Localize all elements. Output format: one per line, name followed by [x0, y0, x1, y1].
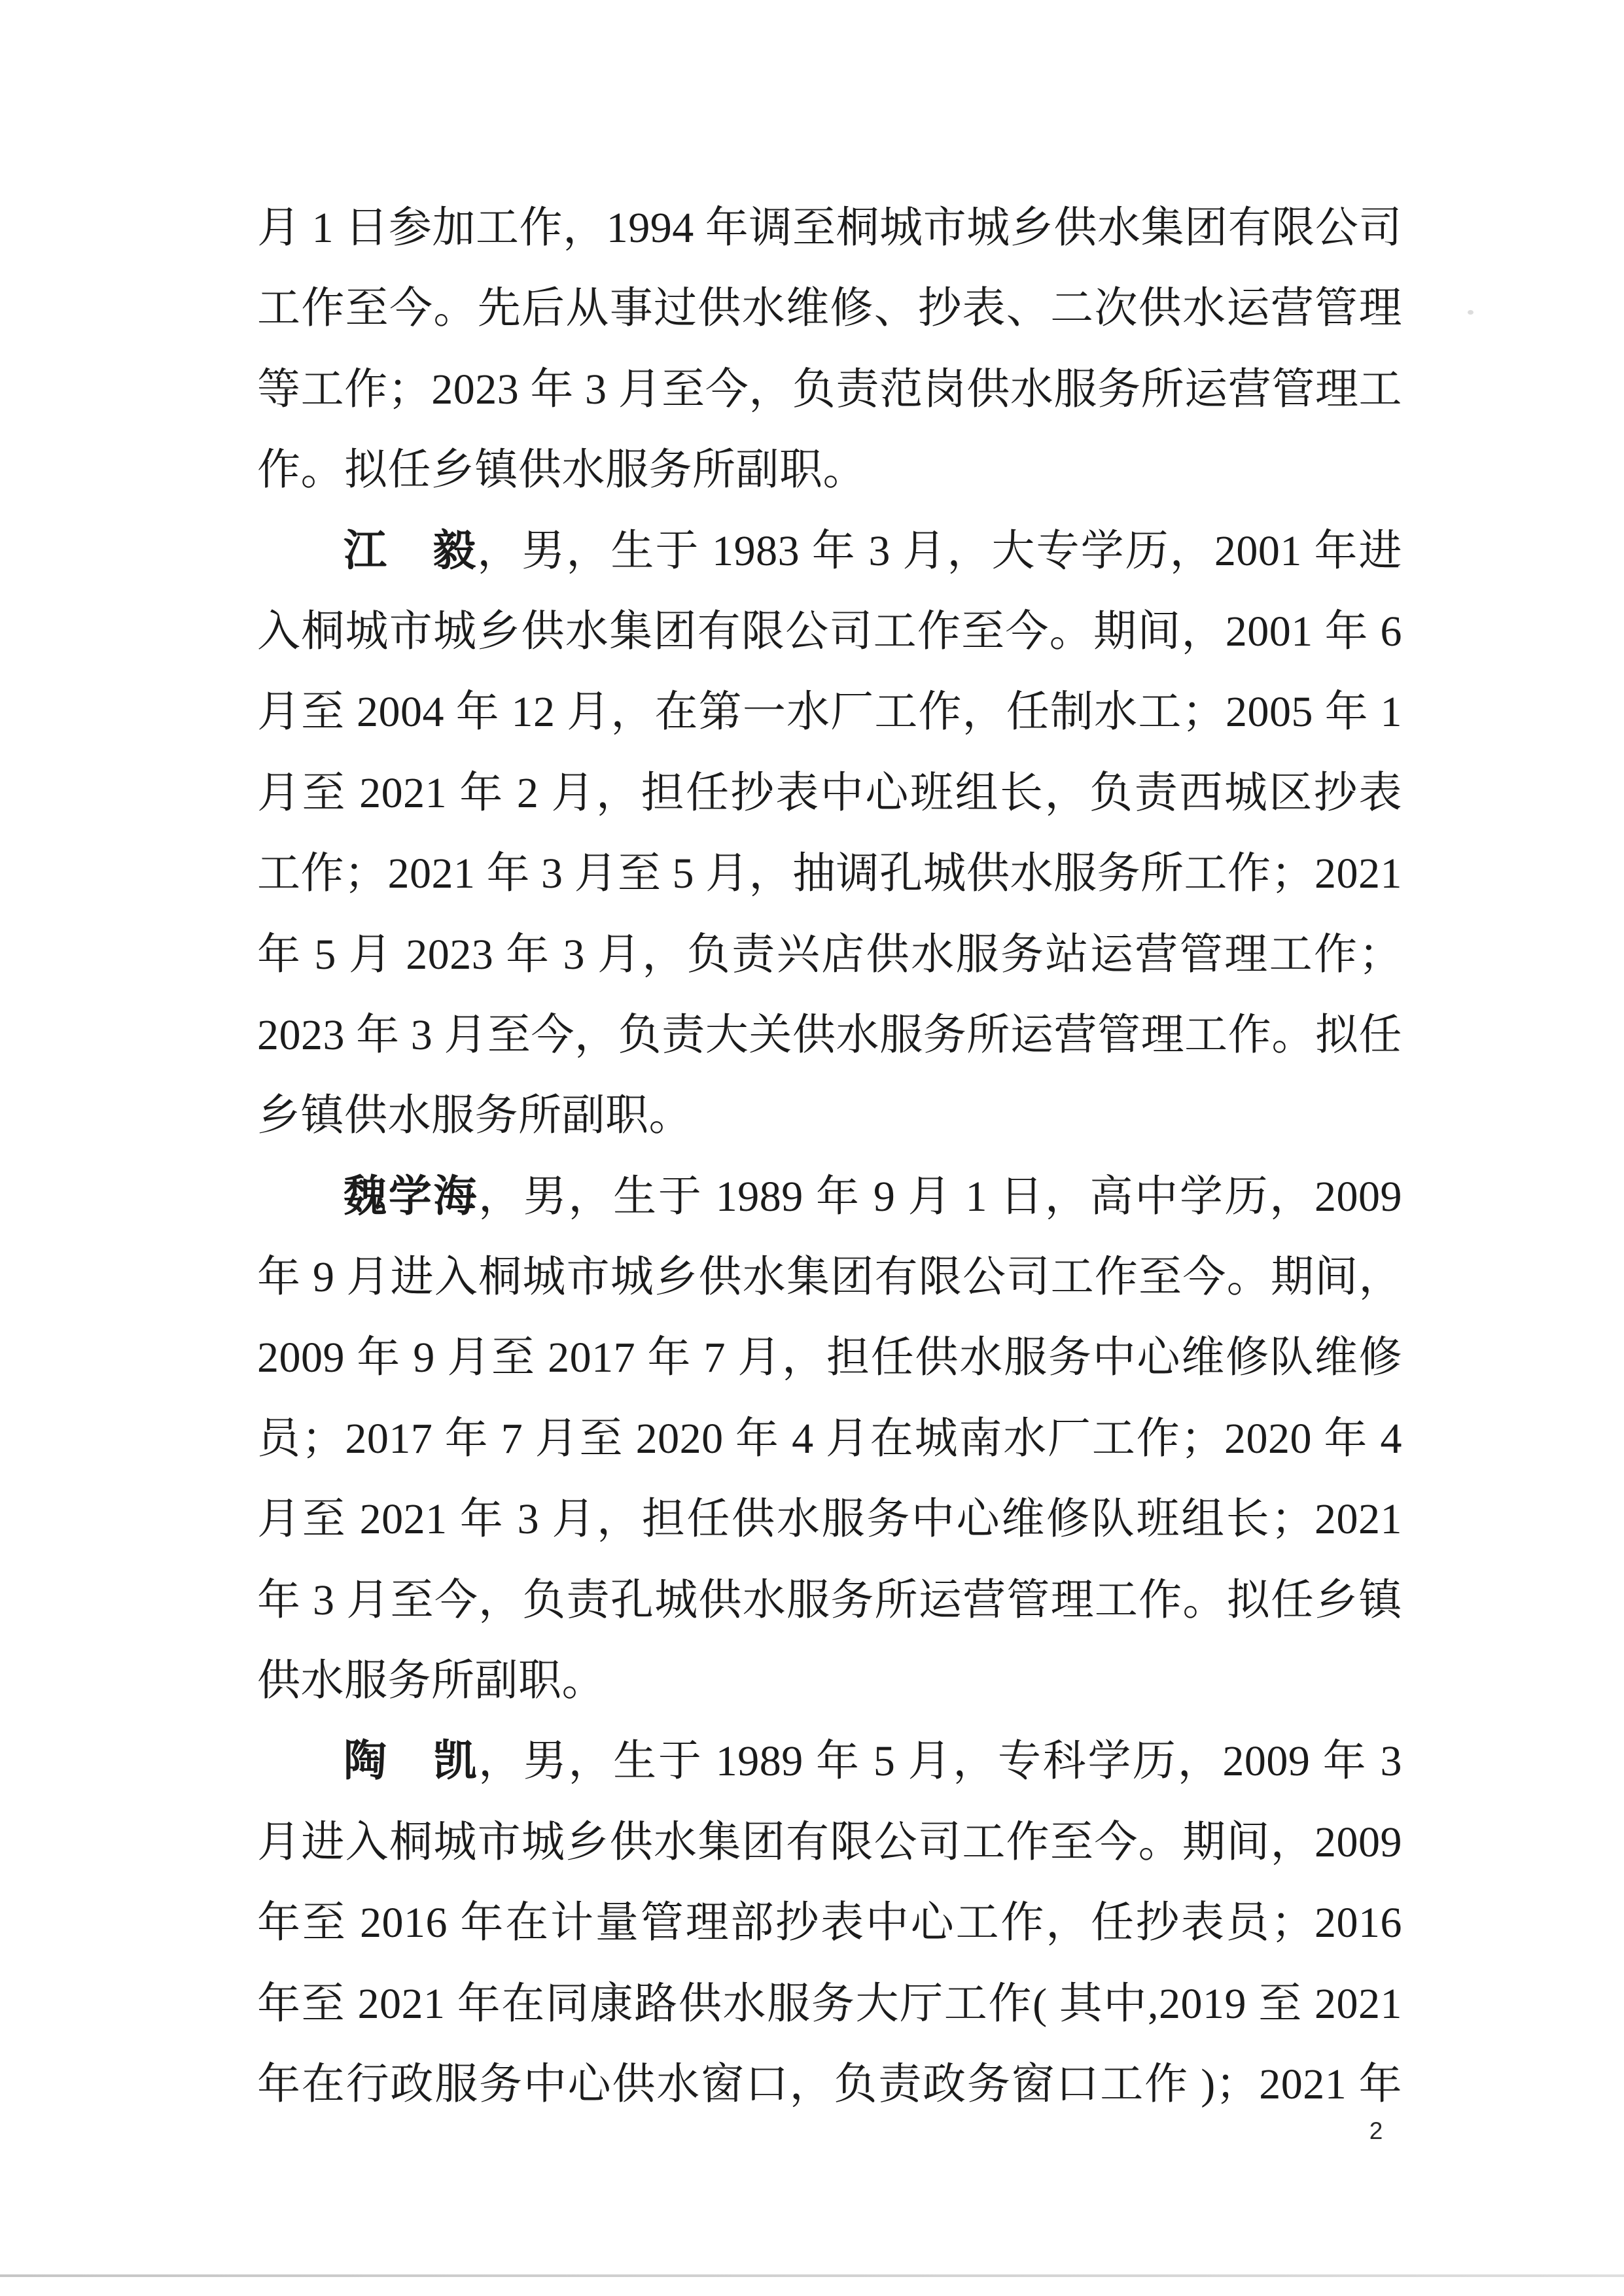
text-line-24: 年在行政服务中心供水窗口，负责政务窗口工作 )；2021 年 — [257, 2044, 1402, 2125]
line-text: 月至 2021 年 3 月，担任供水服务中心维修队班组长；2021 — [257, 1495, 1402, 1543]
text-line-9: 工作；2021 年 3 月至 5 月，抽调孔城供水服务所工作；2021 — [257, 833, 1402, 914]
text-line-21: 月进入桐城市城乡供水集团有限公司工作至今。期间，2009 — [257, 1802, 1402, 1883]
line-text: 入桐城市城乡供水集团有限公司工作至今。期间，2001 年 6 — [257, 608, 1402, 655]
text-line-3: 等工作；2023 年 3 月至今，负责范岗供水服务所运营管理工 — [257, 349, 1402, 430]
line-text: 年至 2021 年在同康路供水服务大厅工作( 其中,2019 至 2021 — [257, 1980, 1402, 2028]
text-line-15: 2009 年 9 月至 2017 年 7 月，担任供水服务中心维修队维修 — [257, 1317, 1402, 1398]
line-text: 2023 年 3 月至今，负责大关供水服务所运营管理工作。拟任 — [257, 1011, 1402, 1059]
line-text: ，男，生于 1989 年 5 月，专科学历，2009 年 3 — [478, 1737, 1402, 1785]
line-text: 作。拟任乡镇供水服务所副职。 — [257, 446, 866, 494]
scan-artifact-line — [0, 2274, 1624, 2277]
line-text: 月至 2004 年 12 月，在第一水厂工作，任制水工；2005 年 1 — [257, 688, 1402, 736]
line-text: ，男，生于 1983 年 3 月，大专学历，2001 年进 — [477, 527, 1402, 575]
text-line-22: 年至 2016 年在计量管理部抄表中心工作，任抄表员；2016 — [257, 1883, 1402, 1963]
text-line-16: 员；2017 年 7 月至 2020 年 4 月在城南水厂工作；2020 年 4 — [257, 1399, 1402, 1479]
text-line-12: 乡镇供水服务所副职。 — [257, 1075, 1402, 1156]
text-line-11: 2023 年 3 月至今，负责大关供水服务所运营管理工作。拟任 — [257, 995, 1402, 1075]
text-line-23: 年至 2021 年在同康路供水服务大厅工作( 其中,2019 至 2021 — [257, 1964, 1402, 2044]
person-name: 陶 凯 — [344, 1737, 478, 1785]
line-text: 供水服务所副职。 — [257, 1657, 605, 1705]
text-line-19: 供水服务所副职。 — [257, 1641, 1402, 1721]
text-line-10: 年 5 月 2023 年 3 月，负责兴店供水服务站运营管理工作； — [257, 914, 1402, 995]
line-text: ，男，生于 1989 年 9 月 1 日，高中学历，2009 — [478, 1173, 1402, 1221]
person-name: 江 毅 — [344, 527, 477, 575]
text-line-1: 月 1 日参加工作，1994 年调至桐城市城乡供水集团有限公司 — [257, 188, 1402, 268]
line-text: 月至 2021 年 2 月，担任抄表中心班组长，负责西城区抄表 — [257, 769, 1402, 817]
line-text: 年 9 月进入桐城市城乡供水集团有限公司工作至今。期间， — [257, 1253, 1402, 1301]
line-text: 年 3 月至今，负责孔城供水服务所运营管理工作。拟任乡镇 — [257, 1576, 1402, 1624]
line-text: 乡镇供水服务所副职。 — [257, 1092, 692, 1139]
line-text: 年在行政服务中心供水窗口，负责政务窗口工作 )；2021 年 — [257, 2061, 1402, 2108]
text-line-8: 月至 2021 年 2 月，担任抄表中心班组长，负责西城区抄表 — [257, 753, 1402, 833]
person-name: 魏学海 — [344, 1173, 478, 1221]
text-line-18: 年 3 月至今，负责孔城供水服务所运营管理工作。拟任乡镇 — [257, 1560, 1402, 1641]
line-text: 2009 年 9 月至 2017 年 7 月，担任供水服务中心维修队维修 — [257, 1334, 1402, 1382]
text-line-7: 月至 2004 年 12 月，在第一水厂工作，任制水工；2005 年 1 — [257, 672, 1402, 752]
text-line-5: 江 毅，男，生于 1983 年 3 月，大专学历，2001 年进 — [257, 511, 1402, 591]
page-number: 2 — [1360, 2118, 1392, 2144]
text-block: 月 1 日参加工作，1994 年调至桐城市城乡供水集团有限公司工作至今。先后从事… — [257, 188, 1402, 2125]
text-line-4: 作。拟任乡镇供水服务所副职。 — [257, 430, 1402, 510]
line-text: 等工作；2023 年 3 月至今，负责范岗供水服务所运营管理工 — [257, 366, 1402, 413]
text-line-6: 入桐城市城乡供水集团有限公司工作至今。期间，2001 年 6 — [257, 591, 1402, 672]
text-line-17: 月至 2021 年 3 月，担任供水服务中心维修队班组长；2021 — [257, 1479, 1402, 1559]
text-line-20: 陶 凯，男，生于 1989 年 5 月，专科学历，2009 年 3 — [257, 1721, 1402, 1801]
line-text: 月进入桐城市城乡供水集团有限公司工作至今。期间，2009 — [257, 1818, 1402, 1866]
text-line-2: 工作至今。先后从事过供水维修、抄表、二次供水运营管理 — [257, 268, 1402, 349]
document-page: 月 1 日参加工作，1994 年调至桐城市城乡供水集团有限公司工作至今。先后从事… — [0, 0, 1624, 2296]
line-text: 工作至今。先后从事过供水维修、抄表、二次供水运营管理 — [257, 285, 1402, 332]
line-text: 员；2017 年 7 月至 2020 年 4 月在城南水厂工作；2020 年 4 — [257, 1415, 1402, 1463]
line-text: 年至 2016 年在计量管理部抄表中心工作，任抄表员；2016 — [257, 1899, 1402, 1947]
text-line-14: 年 9 月进入桐城市城乡供水集团有限公司工作至今。期间， — [257, 1237, 1402, 1317]
line-text: 年 5 月 2023 年 3 月，负责兴店供水服务站运营管理工作； — [257, 931, 1402, 979]
text-line-13: 魏学海，男，生于 1989 年 9 月 1 日，高中学历，2009 — [257, 1157, 1402, 1237]
scan-speck — [1468, 310, 1474, 315]
line-text: 工作；2021 年 3 月至 5 月，抽调孔城供水服务所工作；2021 — [257, 850, 1402, 897]
line-text: 月 1 日参加工作，1994 年调至桐城市城乡供水集团有限公司 — [257, 204, 1402, 252]
